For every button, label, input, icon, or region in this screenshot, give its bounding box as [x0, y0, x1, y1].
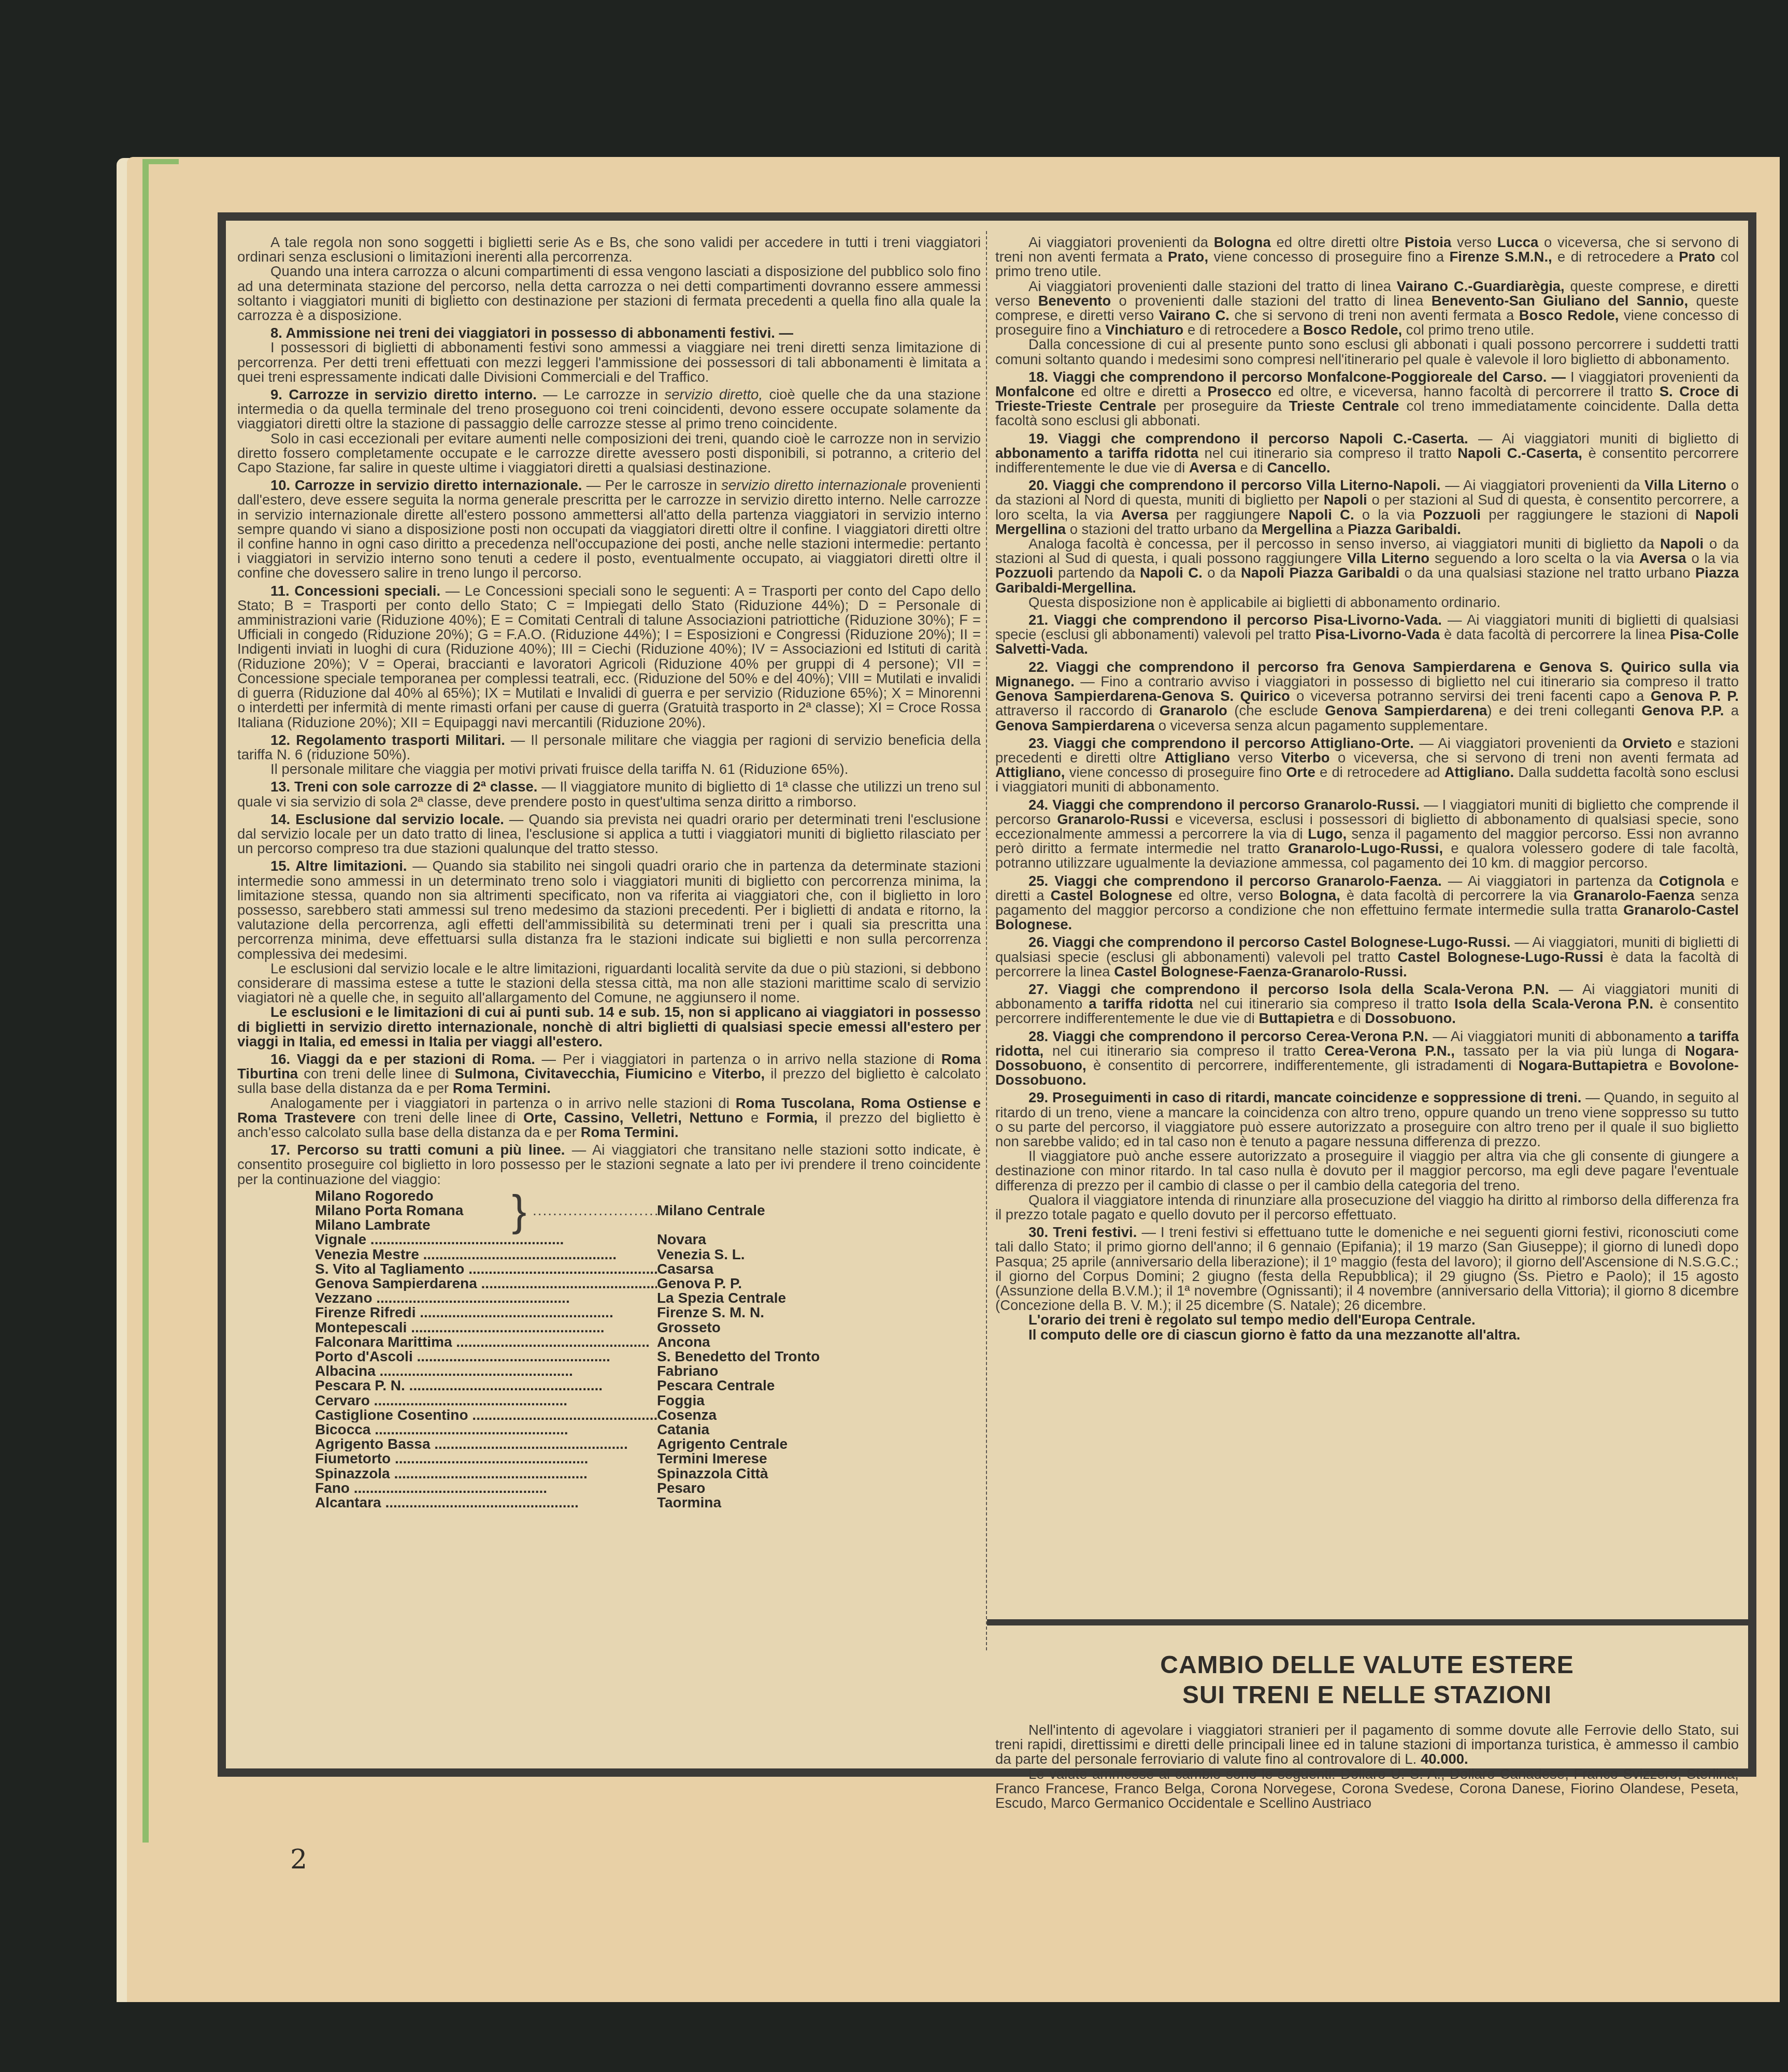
section-22: 22. Viaggi che comprendono il percorso f…	[995, 660, 1739, 733]
section-15-bold-note: Le esclusioni e le limitazioni di cui ai…	[237, 1005, 981, 1049]
route-to: Pescara Centrale	[657, 1378, 775, 1393]
route-row: Falconara Marittima ....................…	[315, 1335, 981, 1349]
section-separator-bar	[987, 1619, 1749, 1625]
route-row: Fano ...................................…	[315, 1481, 981, 1495]
route-to: Milano Centrale	[657, 1203, 765, 1218]
route-row: Pescara P. N. ..........................…	[315, 1378, 981, 1393]
route-to: Venezia S. L.	[657, 1247, 745, 1262]
route-from: Albacina ...............................…	[315, 1364, 657, 1378]
section-8-text: I possessori di biglietti di abbonamenti…	[237, 340, 981, 384]
route-to: Genova P. P.	[657, 1276, 742, 1291]
section-29-text-2: Il viaggiatore può anche essere autorizz…	[995, 1149, 1739, 1193]
time-note-1: L'orario dei treni è regolato sul tempo …	[995, 1313, 1739, 1327]
section-20: 20. Viaggi che comprendono il percorso V…	[995, 478, 1739, 537]
column-divider	[986, 231, 988, 1650]
route-from: Agrigento Bassa ........................…	[315, 1437, 657, 1451]
route-from: Alcantara ..............................…	[315, 1495, 657, 1510]
route-to: Firenze S. M. N.	[657, 1305, 764, 1320]
time-note-2: Il computo delle ore di ciascun giorno è…	[995, 1328, 1739, 1342]
route-row: Vezzano ................................…	[315, 1291, 981, 1305]
section-21: 21. Viaggi che comprendono il percorso P…	[995, 613, 1739, 657]
section-18: 18. Viaggi che comprendono il percorso M…	[995, 370, 1739, 428]
intro-paragraph-2: Quando una intera carrozza o alcuni comp…	[237, 264, 981, 323]
route-to: Novara	[657, 1232, 706, 1247]
section-19: 19. Viaggi che comprendono il percorso N…	[995, 431, 1739, 476]
section-15: 15. Altre limitazioni. — Quando sia stab…	[237, 859, 981, 961]
route-to: Taormina	[657, 1495, 721, 1510]
route-from: Vezzano ................................…	[315, 1291, 657, 1305]
route-to: Grosseto	[657, 1320, 721, 1335]
leader-dots: ........................................…	[533, 1203, 657, 1218]
route-to: La Spezia Centrale	[657, 1291, 786, 1305]
section-24: 24. Viaggi che comprendono il percorso G…	[995, 798, 1739, 871]
content-frame: A tale regola non sono soggetti i biglie…	[218, 212, 1756, 1777]
page-number: 2	[290, 1844, 307, 1875]
route-row: Genova Sampierdarena ...................…	[315, 1276, 981, 1291]
route-to: Catania	[657, 1422, 709, 1437]
route-to: Pesaro	[657, 1481, 705, 1495]
route-from: Montepescali ...........................…	[315, 1320, 657, 1335]
currency-exchange-text-1: Nell'intento di agevolare i viaggiatori …	[995, 1723, 1739, 1767]
section-9-text-2: Solo in casi eccezionali per evitare aum…	[237, 431, 981, 476]
station-route-list: Milano Rogoredo Milano Porta Romana Mila…	[315, 1189, 981, 1510]
route-to: Cosenza	[657, 1408, 717, 1422]
section-27: 27. Viaggi che comprendono il percorso I…	[995, 982, 1739, 1026]
section-16-text-2: Analogamente per i viaggiatori in parten…	[237, 1096, 981, 1140]
route-from: Fiumetorto .............................…	[315, 1451, 657, 1466]
section-17: 17. Percorso su tratti comuni a più line…	[237, 1143, 981, 1187]
route-from: Genova Sampierdarena ...................…	[315, 1276, 657, 1291]
section-29-text-3: Qualora il viaggiatore intenda di rinunz…	[995, 1193, 1739, 1222]
section-30: 30. Treni festivi. — I treni festivi si …	[995, 1225, 1739, 1313]
route-to: Ancona	[657, 1335, 710, 1349]
route-row: Venezia Mestre .........................…	[315, 1247, 981, 1262]
route-row: Montepescali ...........................…	[315, 1320, 981, 1335]
currency-exchange-title: CAMBIO DELLE VALUTE ESTERE SUI TRENI E N…	[995, 1650, 1739, 1710]
route-to: Casarsa	[657, 1262, 713, 1276]
section-20-text-2: Analoga facoltà è concessa, per il perco…	[995, 537, 1739, 595]
route-row: S. Vito al Tagliamento .................…	[315, 1262, 981, 1276]
green-binding-top	[142, 159, 179, 164]
route-from: Milano Lambrate	[315, 1218, 512, 1232]
route-from: Porto d'Ascoli .........................…	[315, 1349, 657, 1364]
section-25: 25. Viaggi che comprendono il percorso G…	[995, 874, 1739, 932]
route-from: Milano Porta Romana	[315, 1203, 512, 1218]
route-to: Foggia	[657, 1393, 705, 1408]
section-23: 23. Viaggi che comprendono il percorso A…	[995, 736, 1739, 795]
route-from: Cervaro ................................…	[315, 1393, 657, 1408]
brace-symbol: }	[512, 1190, 533, 1231]
section-12: 12. Regolamento trasporti Militari. — Il…	[237, 733, 981, 762]
right-paragraph-2: Ai viaggiatori provenienti dalle stazion…	[995, 279, 1739, 338]
section-28: 28. Viaggi che comprendono il percorso C…	[995, 1029, 1739, 1088]
route-to: Agrigento Centrale	[657, 1437, 788, 1451]
section-12-text-2: Il personale militare che viaggia per mo…	[237, 762, 981, 776]
section-16: 16. Viaggi da e per stazioni di Roma. — …	[237, 1052, 981, 1096]
currency-exchange-box: CAMBIO DELLE VALUTE ESTERE SUI TRENI E N…	[995, 1650, 1739, 1810]
route-row: Vignale ................................…	[315, 1232, 981, 1247]
route-row: Fiumetorto .............................…	[315, 1451, 981, 1466]
route-to: Termini Imerese	[657, 1451, 767, 1466]
route-from: Fano ...................................…	[315, 1481, 657, 1495]
currency-exchange-text-2: Le valute ammesse al cambio sono le segu…	[995, 1767, 1739, 1811]
section-20-text-3: Questa disposizione non è applicabile ai…	[995, 595, 1739, 610]
route-from: Falconara Marittima ....................…	[315, 1335, 657, 1349]
route-row: Firenze Rifredi ........................…	[315, 1305, 981, 1320]
route-row: Spinazzola .............................…	[315, 1466, 981, 1481]
route-from: Milano Rogoredo	[315, 1189, 512, 1203]
route-row: Albacina ...............................…	[315, 1364, 981, 1378]
section-13: 13. Treni con sole carrozze di 2ª classe…	[237, 780, 981, 809]
section-29: 29. Proseguimenti in caso di ritardi, ma…	[995, 1090, 1739, 1149]
route-from: Vignale ................................…	[315, 1232, 657, 1247]
right-paragraph-3: Dalla concessione di cui al presente pun…	[995, 337, 1739, 366]
section-14: 14. Esclusione dal servizio locale. — Qu…	[237, 812, 981, 856]
route-from: Venezia Mestre .........................…	[315, 1247, 657, 1262]
section-8: 8. Ammissione nei treni dei viaggiatori …	[237, 326, 981, 340]
route-from: Firenze Rifredi ........................…	[315, 1305, 657, 1320]
route-row: Castiglione Cosentino ..................…	[315, 1408, 981, 1422]
route-row: Porto d'Ascoli .........................…	[315, 1349, 981, 1364]
section-11: 11. Concessioni speciali. — Le Concessio…	[237, 584, 981, 730]
route-row-milano: Milano Rogoredo Milano Porta Romana Mila…	[315, 1189, 981, 1233]
right-column: Ai viaggiatori provenienti da Bologna ed…	[995, 235, 1739, 1342]
section-10: 10. Carrozze in servizio diretto interna…	[237, 478, 981, 580]
route-row: Cervaro ................................…	[315, 1393, 981, 1408]
route-to: S. Benedetto del Tronto	[657, 1349, 820, 1364]
route-row: Bicocca ................................…	[315, 1422, 981, 1437]
section-26: 26. Viaggi che comprendono il percorso C…	[995, 935, 1739, 979]
route-from: S. Vito al Tagliamento .................…	[315, 1262, 657, 1276]
route-to: Spinazzola Città	[657, 1466, 768, 1481]
route-from: Castiglione Cosentino ..................…	[315, 1408, 657, 1422]
green-binding-strip	[142, 159, 149, 1843]
route-from: Spinazzola .............................…	[315, 1466, 657, 1481]
section-9: 9. Carrozze in servizio diretto interno.…	[237, 387, 981, 431]
route-row: Alcantara ..............................…	[315, 1495, 981, 1510]
route-to: Fabriano	[657, 1364, 718, 1378]
section-15-text-2: Le esclusioni dal servizio locale e le a…	[237, 961, 981, 1005]
route-row: Agrigento Bassa ........................…	[315, 1437, 981, 1451]
intro-paragraph-1: A tale regola non sono soggetti i biglie…	[237, 235, 981, 264]
route-from: Pescara P. N. ..........................…	[315, 1378, 657, 1393]
route-from: Bicocca ................................…	[315, 1422, 657, 1437]
right-paragraph-1: Ai viaggiatori provenienti da Bologna ed…	[995, 235, 1739, 279]
left-column: A tale regola non sono soggetti i biglie…	[237, 235, 981, 1510]
